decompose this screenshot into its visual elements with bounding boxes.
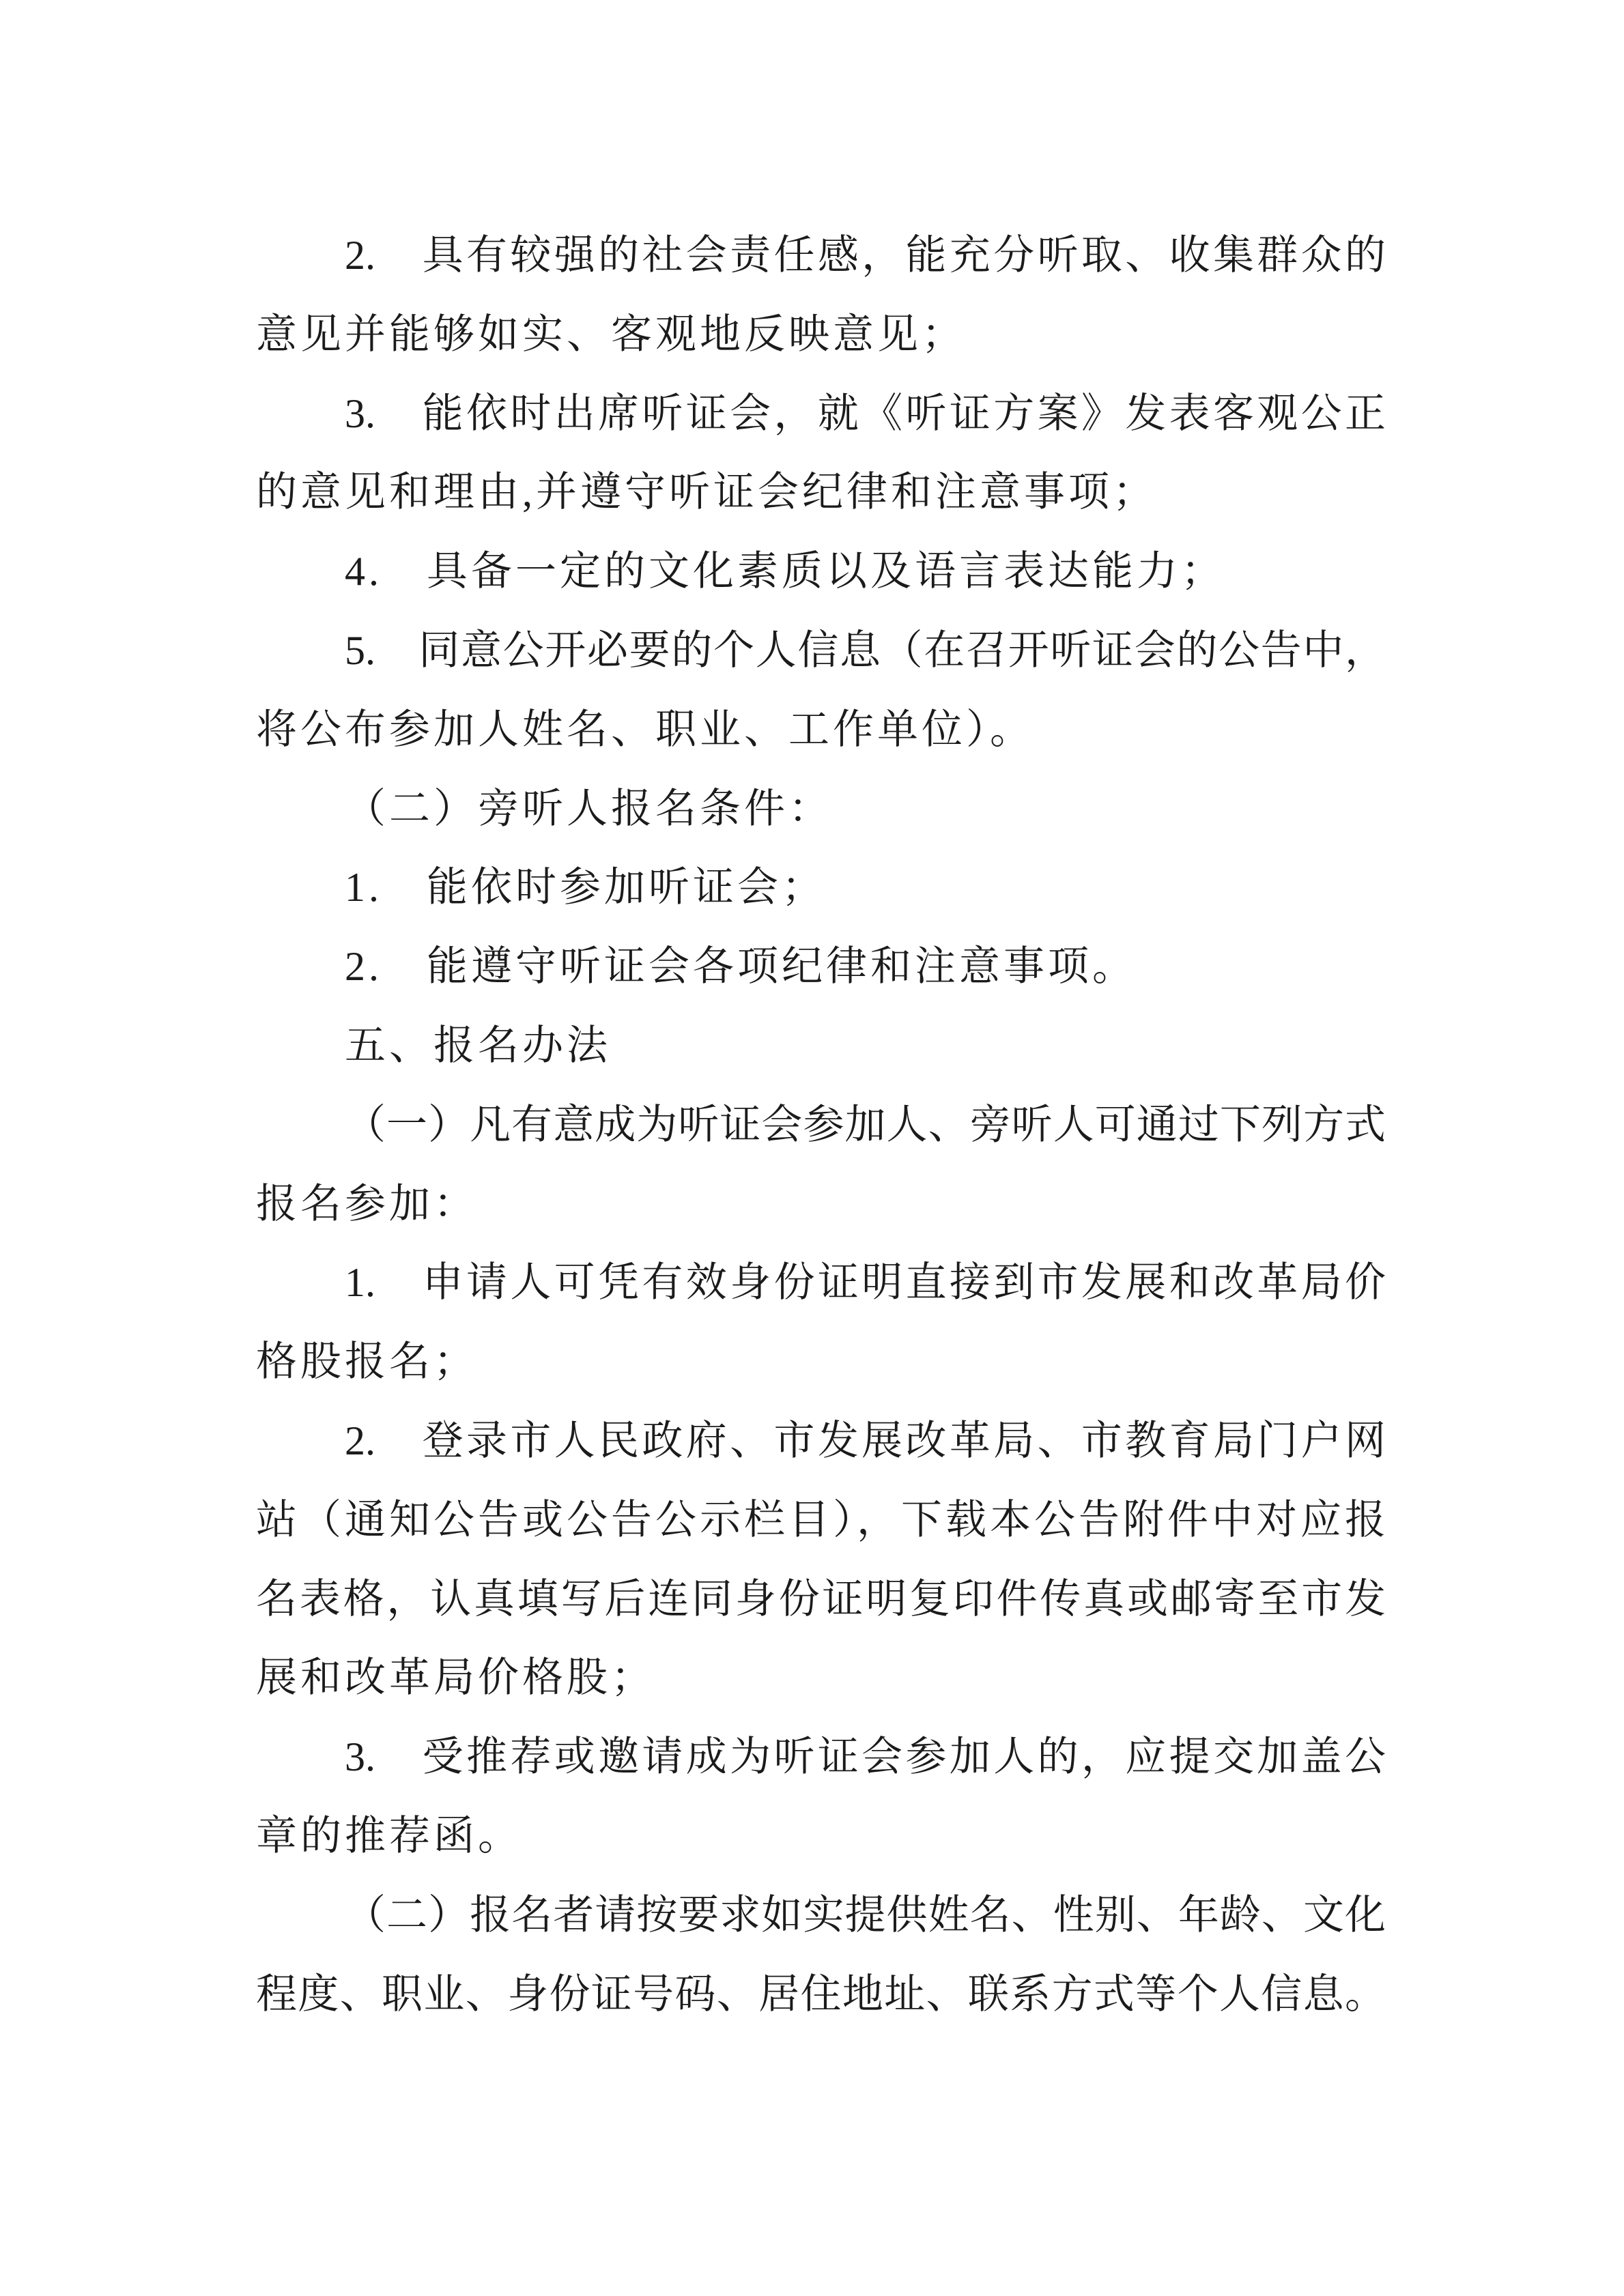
text-line-16: 2. 登录市人民政府、市发展改革局、市教育局门户网 [256, 1402, 1386, 1481]
text-line-7: 将公布参加人姓名、职业、工作单位）。 [256, 691, 1386, 770]
text-line-19: 展和改革局价格股； [256, 1639, 1386, 1718]
text-line-5: 4. 具备一定的文化素质以及语言表达能力； [256, 532, 1386, 612]
text-line-1: 2. 具有较强的社会责任感，能充分听取、收集群众的 [256, 216, 1386, 296]
text-line-17: 站（通知公告或公告公示栏目），下载本公告附件中对应报 [256, 1481, 1386, 1560]
text-line-4: 的意见和理由,并遵守听证会纪律和注意事项； [256, 453, 1386, 532]
document-text-block: 2. 具有较强的社会责任感，能充分听取、收集群众的 意见并能够如实、客观地反映意… [256, 216, 1386, 2034]
text-line-3: 3. 能依时出席听证会，就《听证方案》发表客观公正 [256, 375, 1386, 454]
text-line-13: 报名参加： [256, 1165, 1386, 1244]
text-line-11: 五、报名办法 [256, 1007, 1386, 1086]
text-line-22: （二）报名者请按要求如实提供姓名、性别、年龄、文化 [256, 1876, 1386, 1955]
text-line-23: 程度、职业、身份证号码、居住地址、联系方式等个人信息。 [256, 1955, 1386, 2035]
text-line-10: 2. 能遵守听证会各项纪律和注意事项。 [256, 928, 1386, 1007]
text-line-15: 格股报名； [256, 1323, 1386, 1402]
text-line-12: （一）凡有意成为听证会参加人、旁听人可通过下列方式 [256, 1086, 1386, 1165]
text-line-8: （二）旁听人报名条件： [256, 770, 1386, 849]
text-line-6: 5. 同意公开必要的个人信息（在召开听证会的公告中， [256, 612, 1386, 691]
text-line-2: 意见并能够如实、客观地反映意见； [256, 296, 1386, 375]
document-page: 2. 具有较强的社会责任感，能充分听取、收集群众的 意见并能够如实、客观地反映意… [0, 0, 1624, 2296]
text-line-9: 1. 能依时参加听证会； [256, 848, 1386, 928]
text-line-21: 章的推荐函。 [256, 1797, 1386, 1876]
text-line-20: 3. 受推荐或邀请成为听证会参加人的，应提交加盖公 [256, 1718, 1386, 1797]
text-line-14: 1. 申请人可凭有效身份证明直接到市发展和改革局价 [256, 1244, 1386, 1323]
text-line-18: 名表格，认真填写后连同身份证明复印件传真或邮寄至市发 [256, 1560, 1386, 1639]
